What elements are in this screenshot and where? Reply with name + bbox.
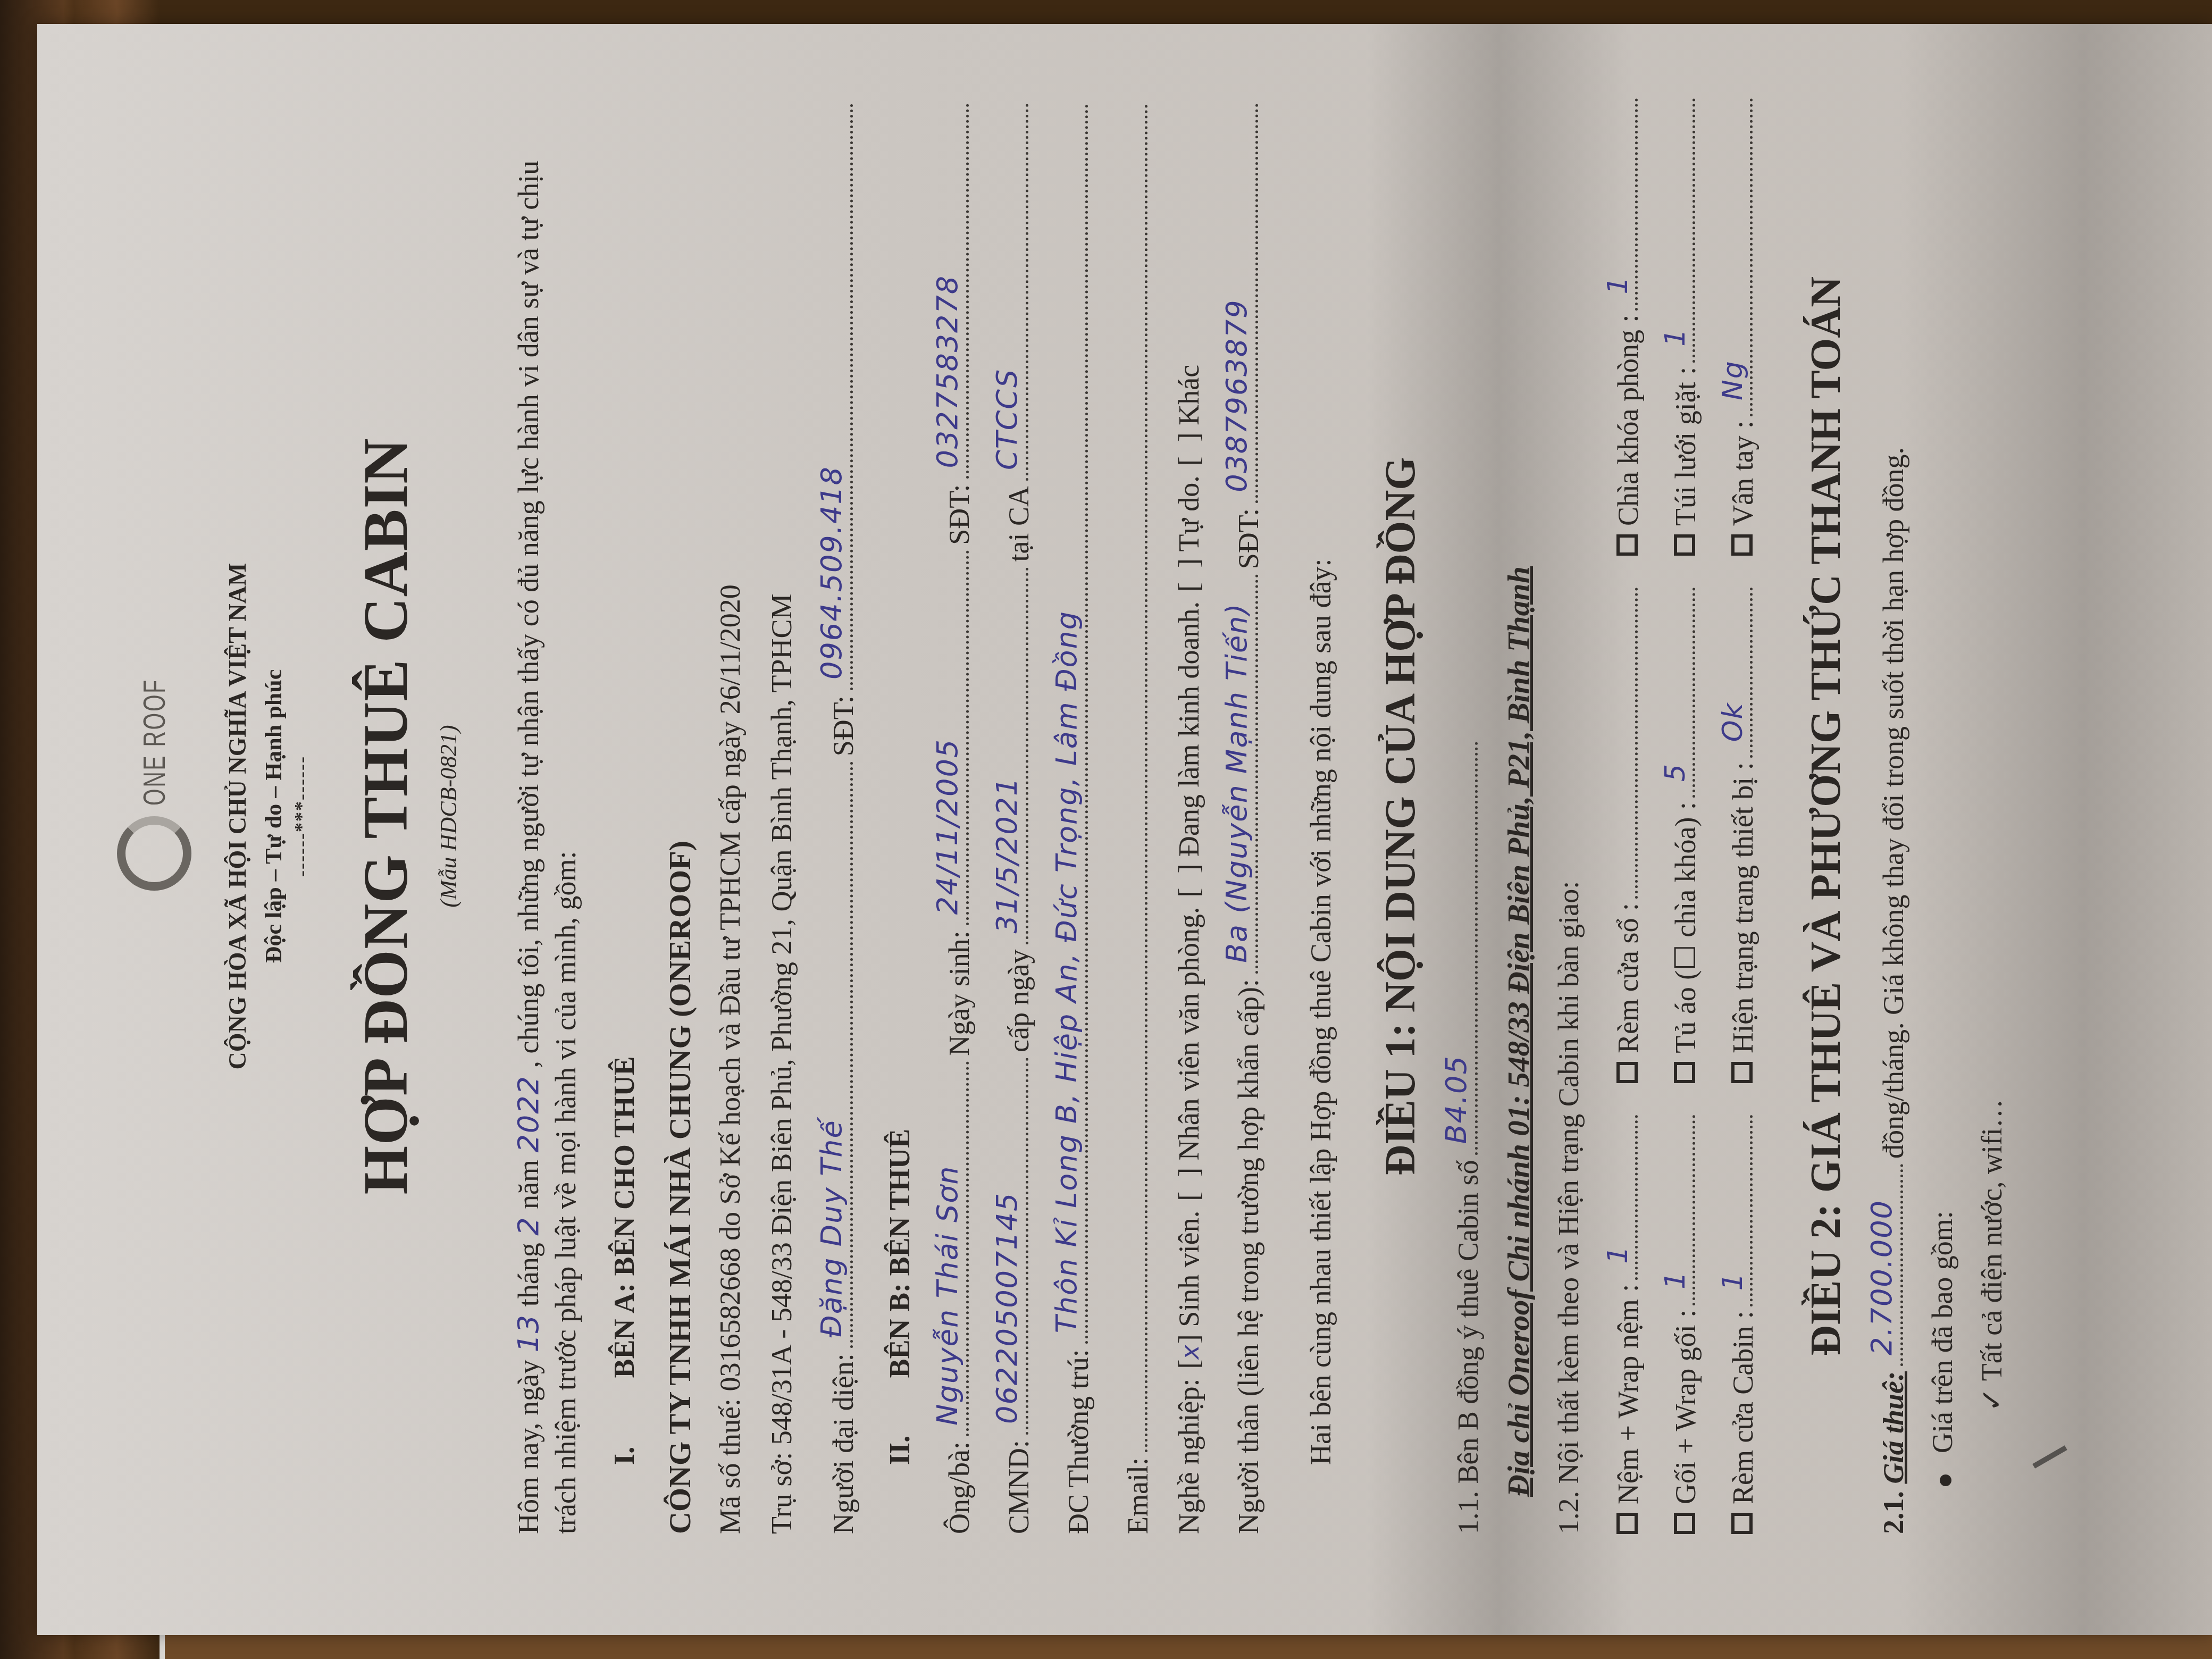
permanent-address-field[interactable]: Thôn Kỉ Long B, Hiệp An, Đức Trọng, Lâm …	[1053, 104, 1088, 1344]
id-issue-place-field[interactable]: CTCCS	[994, 104, 1028, 481]
checkbox-icon[interactable]	[1674, 534, 1695, 556]
checklist-item[interactable]: Rèm cửa sổ :	[1608, 588, 1645, 1083]
day-field[interactable]: 13	[512, 1314, 545, 1353]
id-number-field[interactable]: 062205007145	[994, 1058, 1028, 1435]
furniture-checklist: Nệm + Wrap nệm :1 Rèm cửa sổ : Chìa khóa…	[1608, 98, 1759, 1534]
checklist-item[interactable]: Chìa khóa phòng :1	[1608, 98, 1645, 556]
includes-item: ✓ Tất cả điện nước, wifi…	[1975, 98, 2008, 1534]
checkbox-icon[interactable]	[1616, 534, 1638, 556]
motto: Độc lập – Tự do – Hạnh phúc	[260, 98, 287, 1534]
checkbox-icon[interactable]	[1616, 1513, 1638, 1534]
price-includes-line: Giá trên đã bao gồm:	[1926, 98, 1959, 1534]
occupation-row: Nghề nghiệp: [x] Sinh viên. [ ] Nhân viê…	[1172, 98, 1205, 1534]
document-title: HỢP ĐỒNG THUÊ CABIN	[350, 98, 422, 1534]
party-b-heading: II. BÊN B: BÊN THUÊ	[883, 98, 916, 1534]
branch-address: Địa chỉ Oneroof Chi nhánh 01: 548/33 Điệ…	[1501, 98, 1536, 1534]
checklist-item[interactable]: Gối + Wrap gối :1	[1666, 1115, 1702, 1534]
representative-row: Người đại diện: Đặng Duy Thế SĐT: 0964.5…	[818, 98, 860, 1534]
company-name: CÔNG TY TNHH MÁI NHÀ CHUNG (ONEROOF)	[662, 98, 698, 1534]
checklist-item[interactable]: Hiện trạng trang thiết bị :Ok	[1723, 588, 1759, 1083]
checkbox-icon[interactable]	[1674, 1513, 1695, 1534]
checklist-item[interactable]: Vân tay :Ng	[1723, 98, 1759, 556]
occupation-option-business[interactable]: [ ] Đang làm kinh doanh.	[1172, 601, 1205, 897]
ring-logo-icon	[117, 816, 191, 891]
article-2-title: ĐIỀU 2: GIÁ THUÊ VÀ PHƯƠNG THỨC THANH TO…	[1802, 98, 1850, 1534]
emergency-contact-row: Người thân (liên hệ trong trường hợp khẩ…	[1224, 98, 1265, 1534]
emergency-phone-field[interactable]: 0387963879	[1224, 104, 1258, 503]
checklist-item[interactable]: Rèm cửa Cabin :1	[1723, 1115, 1759, 1534]
head-office-line: Trụ sở: 548/31A - 548/33 Điện Biên Phủ, …	[763, 98, 800, 1534]
tax-code-line: Mã số thuế: 0316582668 do Sở Kế hoạch và…	[711, 98, 749, 1534]
checklist-item[interactable]: Nệm + Wrap nệm :1	[1608, 1115, 1645, 1534]
dob-field[interactable]: 24/11/2005	[934, 550, 969, 925]
pen-stroke-mark	[2032, 1445, 2067, 1469]
id-card-row: CMND: 062205007145 cấp ngày 31/5/2021 tạ…	[994, 98, 1035, 1534]
price-row: 2.1. Giá thuê: 2.700.000 đồng/tháng. Giá…	[1869, 98, 1910, 1534]
month-field[interactable]: 2	[512, 1217, 545, 1236]
email-field[interactable]	[1113, 104, 1147, 1452]
emergency-contact-field[interactable]: Ba (Nguyễn Mạnh Tiến)	[1224, 574, 1258, 974]
logo-text: ONE ROOF	[137, 678, 172, 806]
contract-page: ONE ROOF CỘNG HÒA XÃ HỘI CHỦ NGHĨA VIỆT …	[37, 24, 2212, 1635]
occupation-option-student[interactable]: [x] Sinh viên.	[1172, 1211, 1205, 1369]
id-issue-date-field[interactable]: 31/5/2021	[994, 567, 1028, 944]
nation-heading: CỘNG HÒA XÃ HỘI CHỦ NGHĨA VIỆT NAM	[223, 98, 252, 1534]
paper-sheet: ONE ROOF CỘNG HÒA XÃ HỘI CHỦ NGHĨA VIỆT …	[37, 24, 2212, 1635]
checkbox-icon[interactable]	[1731, 1062, 1753, 1083]
form-code: (Mẫu HDCB-0821)	[435, 98, 462, 1534]
agreement-statement: Hai bên cùng nhau thiết lập Hợp đồng thu…	[1302, 98, 1339, 1534]
separator: ------***------	[290, 98, 313, 1534]
checklist-item[interactable]: Tủ áo (☐ chìa khóa) :5	[1666, 588, 1702, 1083]
tenant-phone-field[interactable]: 0327583278	[934, 104, 969, 479]
occupation-option-freelance[interactable]: [ ] Tự do.	[1172, 475, 1205, 592]
oneroof-logo: ONE ROOF	[117, 624, 191, 891]
representative-phone-field[interactable]: 0964.509.418	[818, 104, 853, 690]
article-1-title: ĐIỀU 1: NỘI DUNG CỦA HỢP ĐỒNG	[1377, 98, 1425, 1534]
furniture-heading: 1.2. Nội thất kèm theo và Hiện trạng Cab…	[1550, 98, 1587, 1534]
bullet-icon	[1940, 1474, 1951, 1486]
checklist-item[interactable]: Túi lưới giặt :1	[1666, 98, 1702, 556]
permanent-address-row: ĐC Thường trú: Thôn Kỉ Long B, Hiệp An, …	[1053, 98, 1095, 1534]
checkbox-icon[interactable]	[1731, 534, 1753, 556]
checkbox-icon[interactable]	[1731, 1513, 1753, 1534]
cabin-number-row: 1.1. Bên B đồng ý thuê Cabin số B4.05	[1443, 736, 1485, 1534]
party-a-heading: I. BÊN A: BÊN CHO THUÊ	[608, 98, 641, 1534]
price-field[interactable]: 2.700.000	[1869, 1164, 1903, 1366]
cabin-number-field[interactable]: B4.05	[1443, 742, 1478, 1155]
occupation-option-office[interactable]: [ ] Nhân viên văn phòng.	[1172, 907, 1205, 1201]
occupation-option-other[interactable]: [ ] Khác	[1172, 365, 1205, 466]
tenant-name-row: Ông/bà: Nguyễn Thái Sơn Ngày sinh: 24/11…	[934, 98, 976, 1534]
representative-field[interactable]: Đặng Duy Thế	[818, 761, 853, 1348]
email-row: Email:	[1113, 98, 1154, 1534]
tenant-name-field[interactable]: Nguyễn Thái Sơn	[934, 1061, 969, 1436]
checkbox-icon[interactable]	[1616, 1062, 1638, 1083]
intro-paragraph: Hôm nay, ngày 13 tháng 2 năm 2022 , chún…	[510, 98, 584, 1534]
year-field[interactable]: 2022	[512, 1075, 545, 1152]
checkbox-icon[interactable]	[1674, 1062, 1695, 1083]
